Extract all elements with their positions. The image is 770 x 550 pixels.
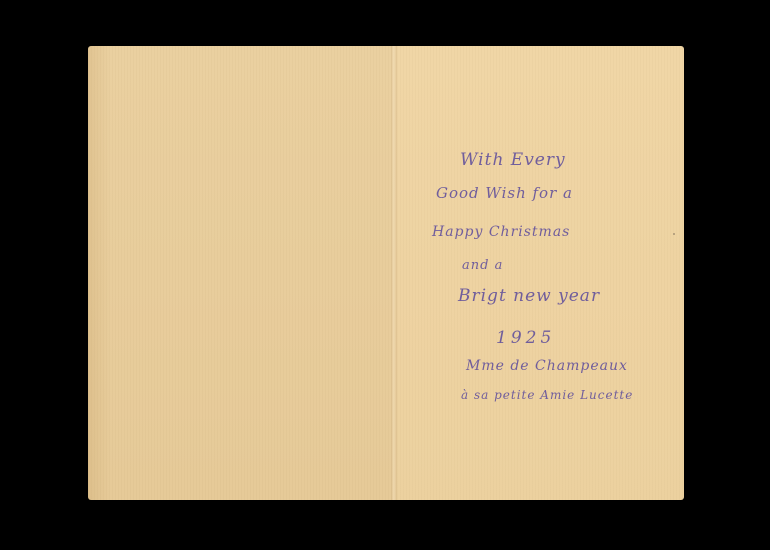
handwritten-line-1: With Every <box>460 150 566 170</box>
left-page <box>88 46 394 500</box>
right-page <box>394 46 684 500</box>
handwritten-line-2: Good Wish for a <box>436 184 573 202</box>
center-fold <box>391 46 397 500</box>
handwritten-dedication: à sa petite Amie Lucette <box>461 388 633 402</box>
handwritten-line-5: Brigt new year <box>458 286 600 306</box>
handwritten-year: 1925 <box>496 328 555 348</box>
handwritten-line-4: and a <box>462 258 503 273</box>
handwritten-signature: Mme de Champeaux <box>466 358 628 374</box>
ink-speck <box>673 233 675 235</box>
greeting-card: With Every Good Wish for a Happy Christm… <box>88 46 684 500</box>
handwritten-line-3: Happy Christmas <box>432 224 570 240</box>
scan-background: With Every Good Wish for a Happy Christm… <box>0 0 770 550</box>
